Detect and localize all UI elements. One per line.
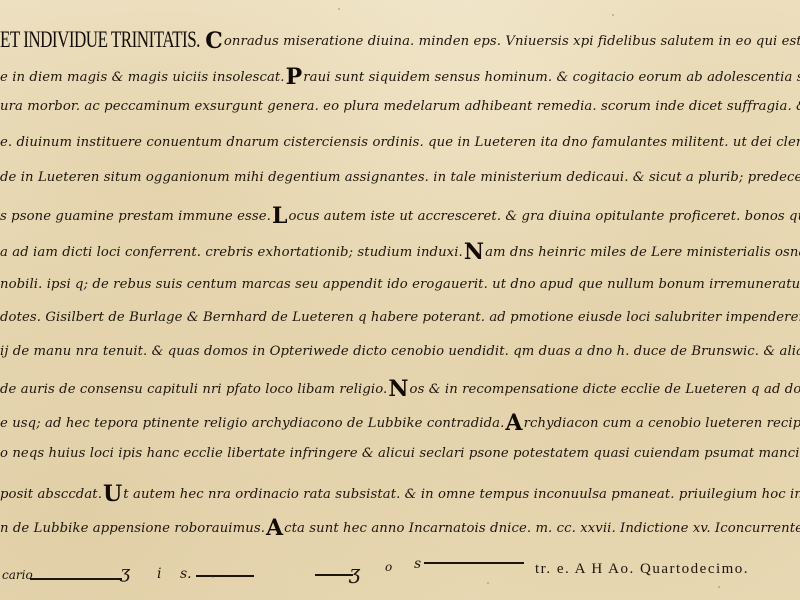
elongated-stroke xyxy=(196,575,254,577)
line-text: os & in recompensatione dicte ecclie de … xyxy=(410,383,800,396)
line-text: n de Lubbike appensione roborauimus. xyxy=(0,522,265,535)
line-text: a ad iam dicti loci conferrent. crebris … xyxy=(0,246,463,259)
line-text: ij de manu nra tenuit. & quas domos in O… xyxy=(0,345,800,358)
charter-line-1: ET INDIVIDUE TRINITATIS. Conradus misera… xyxy=(0,30,800,52)
flourish-mark: ʒ xyxy=(120,562,130,583)
parchment-speck xyxy=(612,14,614,16)
charter-line-3: ura morbor. ac peccaminum exsurgunt gene… xyxy=(0,100,800,113)
parchment-speck xyxy=(718,586,720,588)
line-text: t autem hec nra ordinacio rata subsistat… xyxy=(123,488,800,501)
charter-parchment: ET INDIVIDUE TRINITATIS. Conradus misera… xyxy=(0,0,800,600)
line-text: cta sunt hec anno Incarnatois dnice. m. … xyxy=(284,522,800,535)
elongated-stroke xyxy=(424,562,524,564)
line-text: nobili. ipsi q; de rebus suis centum mar… xyxy=(0,278,800,291)
line-text: dotes. Gisilbert de Burlage & Bernhard d… xyxy=(0,311,800,324)
charter-line-11: de auris de consensu capituli nri pfato … xyxy=(0,378,800,400)
initial-letter: A xyxy=(505,412,522,434)
charter-line-5: de in Lueteren situm ogganionum mihi deg… xyxy=(0,171,800,184)
charter-line-9: dotes. Gisilbert de Burlage & Bernhard d… xyxy=(0,311,800,324)
numeral-mark: o xyxy=(385,560,392,574)
parchment-speck xyxy=(338,8,340,10)
line-text: ura morbor. ac peccaminum exsurgunt gene… xyxy=(0,100,800,113)
flourish-mark: ʒ xyxy=(349,560,360,584)
line-text: e usq; ad hec tepora ptinente religio ar… xyxy=(0,417,504,430)
charter-line-8: nobili. ipsi q; de rebus suis centum mar… xyxy=(0,278,800,291)
invocatio: ET INDIVIDUE TRINITATIS. xyxy=(0,28,200,51)
charter-line-15: n de Lubbike appensione roborauimus. Act… xyxy=(0,517,800,539)
charter-line-14: posit absccdat. Ut autem hec nra ordinac… xyxy=(0,483,800,505)
charter-line-6: s psone guamine prestam immune esse. Loc… xyxy=(0,205,800,227)
line-text: onradus miseratione diuina. minden eps. … xyxy=(224,35,800,48)
line-text: raui sunt siquidem sensus hominum. & cog… xyxy=(303,71,800,84)
eschatocol-fragment: cario xyxy=(2,568,33,582)
line-text: e. diuinum instituere conuentum dnarum c… xyxy=(0,136,800,149)
initial-letter: N xyxy=(388,378,408,400)
numeral-mark: s. xyxy=(180,566,192,582)
charter-line-13: o neqs huius loci ipis hanc ecclie liber… xyxy=(0,447,800,460)
line-text: e in diem magis & magis uiciis insolesca… xyxy=(0,71,285,84)
initial-letter: P xyxy=(286,66,303,88)
line-text: rchydiacon cum a cenobio lueteren recipi… xyxy=(524,417,800,430)
line-text: ocus autem iste ut accresceret. & gra di… xyxy=(289,210,800,223)
initial-letter: C xyxy=(205,30,223,52)
line-text: o neqs huius loci ipis hanc ecclie liber… xyxy=(0,447,800,460)
date-formula: tr. e. A H Ao. Quartodecimo. xyxy=(535,561,749,578)
charter-line-2: e in diem magis & magis uiciis insolesca… xyxy=(0,66,800,88)
charter-line-12: e usq; ad hec tepora ptinente religio ar… xyxy=(0,412,800,434)
line-text: posit absccdat. xyxy=(0,488,102,501)
line-text: de auris de consensu capituli nri pfato … xyxy=(0,383,387,396)
parchment-speck xyxy=(212,576,214,578)
initial-letter: U xyxy=(103,483,122,505)
charter-line-7: a ad iam dicti loci conferrent. crebris … xyxy=(0,241,800,263)
elongated-stroke xyxy=(315,574,353,576)
charter-line-10: ij de manu nra tenuit. & quas domos in O… xyxy=(0,345,800,358)
parchment-speck xyxy=(487,582,489,584)
initial-letter: A xyxy=(266,517,283,539)
initial-letter: L xyxy=(272,205,288,227)
line-text: de in Lueteren situm ogganionum mihi deg… xyxy=(0,171,800,184)
line-text: s psone guamine prestam immune esse. xyxy=(0,210,271,223)
line-text: am dns heinric miles de Lere ministerial… xyxy=(485,246,800,259)
elongated-stroke xyxy=(30,578,122,580)
charter-line-4: e. diuinum instituere conuentum dnarum c… xyxy=(0,136,800,149)
numeral-mark: i xyxy=(157,566,161,582)
initial-letter: N xyxy=(464,241,484,263)
numeral-mark: s xyxy=(414,556,421,572)
